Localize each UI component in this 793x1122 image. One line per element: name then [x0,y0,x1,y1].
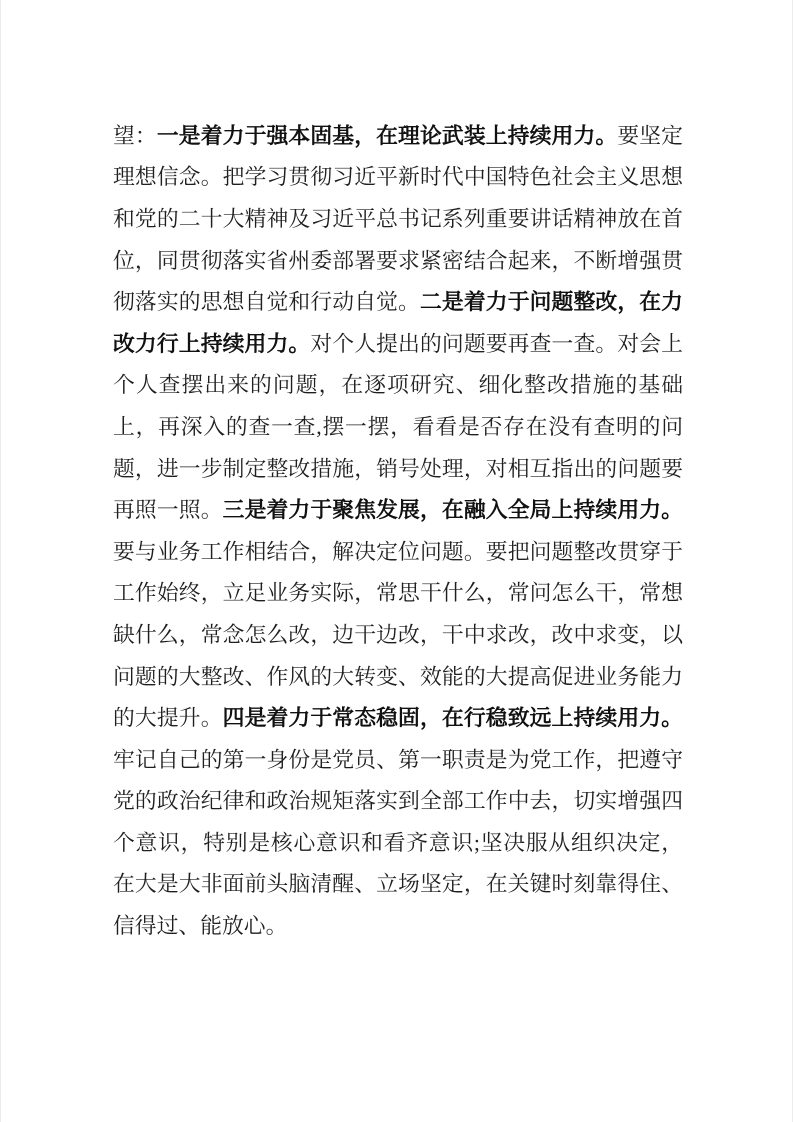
text-run: 要坚定理想信念。把学习贯彻习近平新时代中国特色社会主义思想和党的二十大精神及习近… [113,124,683,314]
text-run: 对个人提出的问题要再查一查。对会上个人查摆出来的问题，在逐项研究、细化整改措施的… [113,332,683,522]
bold-heading-run-3: 三是着力于聚焦发展，在融入全局上持续用力。 [223,498,683,522]
body-text-paragraph: 望：一是着力于强本固基，在理论武装上持续用力。要坚定理想信念。把学习贯彻习近平新… [113,116,683,948]
text-run: 牢记自己的第一身份是党员、第一职责是为党工作，把遵守党的政治纪律和政治规矩落实到… [113,748,683,938]
document-page: 望：一是着力于强本固基，在理论武装上持续用力。要坚定理想信念。把学习贯彻习近平新… [0,0,793,1122]
bold-heading-run-4: 四是着力于常态稳固，在行稳致远上持续用力。 [223,706,683,730]
bold-heading-run-1: 一是着力于强本固基，在理论武装上持续用力。 [157,124,617,148]
text-run: 要与业务工作相结合，解决定位问题。要把问题整改贯穿于工作始终，立足业务实际，常思… [113,540,683,730]
text-run: 望： [113,124,157,148]
